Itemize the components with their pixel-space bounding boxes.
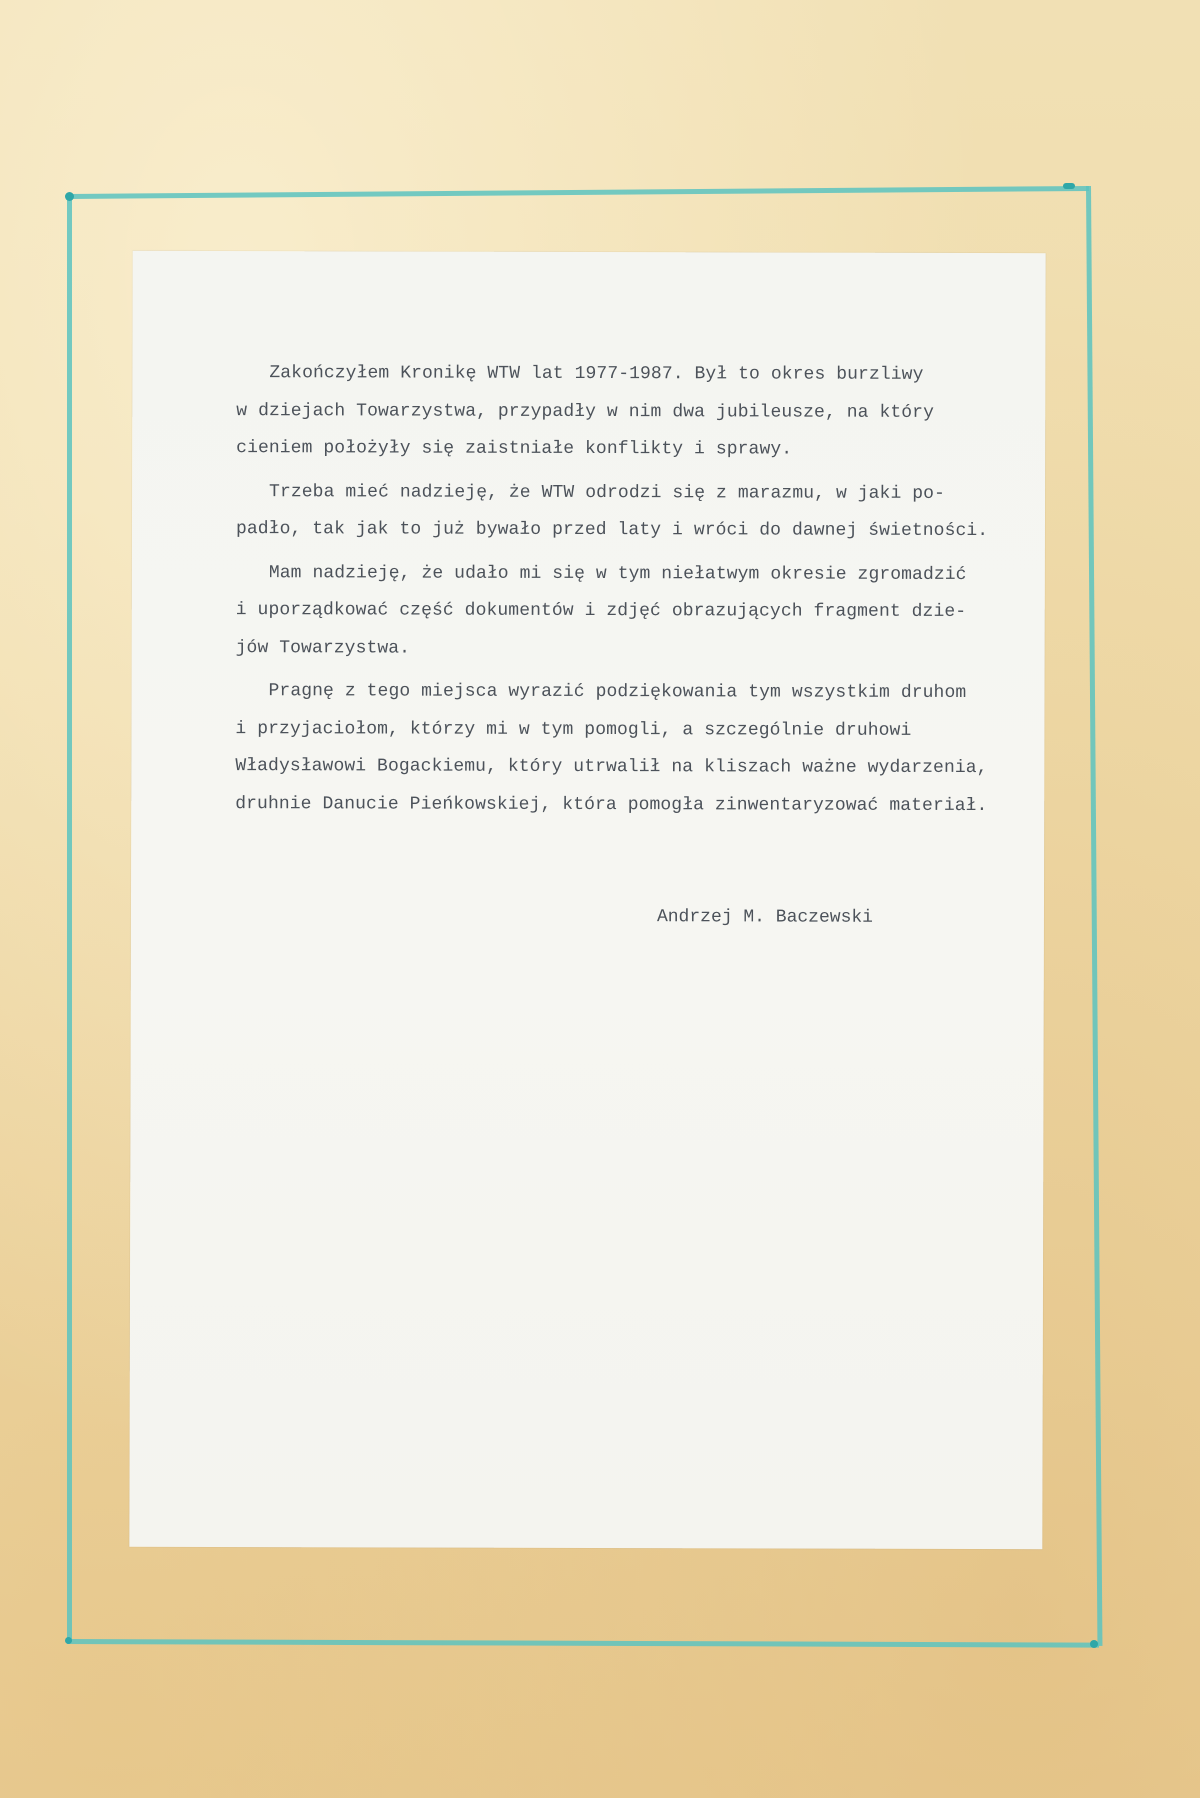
text-line: jów Towarzystwa.: [236, 630, 1036, 670]
text-line: i przyjaciołom, którzy mi w tym pomogli,…: [235, 711, 1035, 751]
text-line: Trzeba mieć nadzieję, że WTW odrodzi się…: [236, 474, 1036, 514]
letter-body: Zakończyłem Kronikę WTW lat 1977-1987. B…: [235, 355, 1036, 831]
text-line: i uporządkować część dokumentów i zdjęć …: [236, 592, 1036, 632]
frame-corner-bottom-left: [65, 1637, 72, 1644]
frame-border-left: [67, 196, 72, 1642]
paragraph-1: Zakończyłem Kronikę WTW lat 1977-1987. B…: [236, 355, 1036, 470]
text-line: w dziejach Towarzystwa, przypadły w nim …: [236, 393, 1036, 433]
typed-sheet: Zakończyłem Kronikę WTW lat 1977-1987. B…: [129, 251, 1045, 1549]
frame-corner-top-right: [1063, 183, 1075, 189]
frame-border-top: [69, 186, 1089, 199]
paragraph-4: Pragnę z tego miejsca wyrazić podziękowa…: [235, 673, 1035, 825]
frame-border-bottom: [67, 1639, 1099, 1648]
paragraph-3: Mam nadzieję, że udało mi się w tym nieł…: [236, 555, 1036, 670]
signature: Andrzej M. Baczewski: [657, 907, 873, 928]
text-line: Władysławowi Bogackiemu, który utrwalił …: [235, 748, 1035, 788]
frame-corner-top-left: [65, 192, 74, 201]
text-line: druhnie Danucie Pieńkowskiej, która pomo…: [235, 786, 1035, 826]
text-line: Zakończyłem Kronikę WTW lat 1977-1987. B…: [236, 355, 1036, 395]
text-line: padło, tak jak to już bywało przed laty …: [236, 511, 1036, 551]
paragraph-2: Trzeba mieć nadzieję, że WTW odrodzi się…: [236, 474, 1036, 551]
frame-border-right: [1086, 186, 1102, 1646]
text-line: Mam nadzieję, że udało mi się w tym nieł…: [236, 555, 1036, 595]
text-line: Pragnę z tego miejsca wyrazić podziękowa…: [235, 673, 1035, 713]
text-line: cieniem położyły się zaistniałe konflikt…: [236, 430, 1036, 470]
frame-corner-bottom-right: [1090, 1640, 1098, 1648]
